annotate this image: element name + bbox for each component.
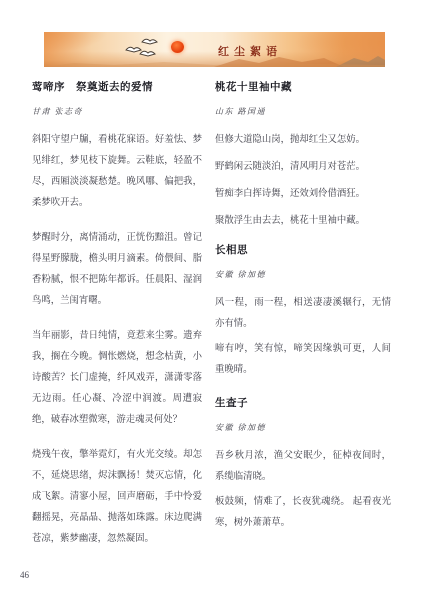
poem-paragraph: 啼有哼，笑有惊，啼笑因缘孰可更，人间重晚晴。 [215, 339, 391, 381]
poem-line: 聚散浮生由去去，桃花十里袖中藏。 [215, 211, 391, 232]
poem-line: 暂痴李白挥诗舞，还效刘伶借酒狂。 [215, 184, 391, 205]
poem-line: 但修大道隐山岗，抛却红尘又怎妨。 [215, 130, 391, 151]
poem-title-shengchazi: 生查子 [215, 395, 391, 410]
right-column: 桃花十里袖中藏 山东 路国通 但修大道隐山岗，抛却红尘又怎妨。 野鹤闲云随淡泊，… [215, 79, 391, 538]
poem-paragraph: 梦醒时分，离情涌动，正恍伤黯沮。曾记得星野朦胧，檐头明月滴素。倚偎间、脂香粉腻，… [32, 228, 202, 312]
page-number: 46 [20, 570, 29, 580]
left-column: 莺啼序 祭奠逝去的爱情 甘肃 张志奇 斜阳守望户牖，看桃花寐语。好羞怯、梦见绯红… [32, 79, 202, 564]
magazine-page: 红尘絮语 莺啼序 祭奠逝去的爱情 甘肃 张志奇 斜阳守望户牖，看桃花寐语。好羞怯… [0, 0, 427, 600]
poem-title-changxiangsi: 长相思 [215, 242, 391, 257]
poem-paragraph: 板鼓频，情难了，长夜犹魂绕。 起看夜光寒，树外萧萧草。 [215, 492, 391, 534]
mountains-icon [44, 53, 385, 67]
header-banner: 红尘絮语 [44, 32, 385, 67]
poem-author: 山东 路国通 [215, 106, 391, 117]
poem-paragraph: 吾乡秋月浓，渔父安眠少，征棹夜间时，系缆临清晓。 [215, 446, 391, 488]
poem-title-yingtixu: 莺啼序 祭奠逝去的爱情 [32, 79, 202, 94]
sun-icon [171, 41, 184, 53]
poem-paragraph: 烧残午夜，擎举霓灯，有火光交绫。却怎不，延烧思绪，烬沫飘扬！焚灭忘情，化成飞絮。… [32, 445, 202, 550]
poem-paragraph: 斜阳守望户牖，看桃花寐语。好羞怯、梦见绯红，梦见枝下旋舞。云鞋底，轻盈不尽，西厢… [32, 130, 202, 214]
poem-author: 安徽 徐加德 [215, 269, 391, 280]
poem-line: 野鹤闲云随淡泊，清风明月对苍茫。 [215, 157, 391, 178]
poem-author: 甘肃 张志奇 [32, 106, 202, 117]
poem-paragraph: 当年丽影，昔日纯情，竟惹来尘雾。遗弃我，搁在今晚。惆怅燃烧，想念枯黄，小诗酸苦？… [32, 326, 202, 431]
section-changxiangsi: 长相思 安徽 徐加德 风一程，雨一程，相送凄凄溪辗行，无情亦有情。 啼有哼，笑有… [215, 242, 391, 381]
poem-paragraph: 风一程，雨一程，相送凄凄溪辗行，无情亦有情。 [215, 293, 391, 335]
section-shengchazi: 生查子 安徽 徐加德 吾乡秋月浓，渔父安眠少，征棹夜间时，系缆临清晓。 板鼓频，… [215, 395, 391, 534]
poem-author: 安徽 徐加德 [215, 422, 391, 433]
section-taohua: 桃花十里袖中藏 山东 路国通 但修大道隐山岗，抛却红尘又怎妨。 野鹤闲云随淡泊，… [215, 79, 391, 232]
poem-title-taohua: 桃花十里袖中藏 [215, 79, 391, 94]
